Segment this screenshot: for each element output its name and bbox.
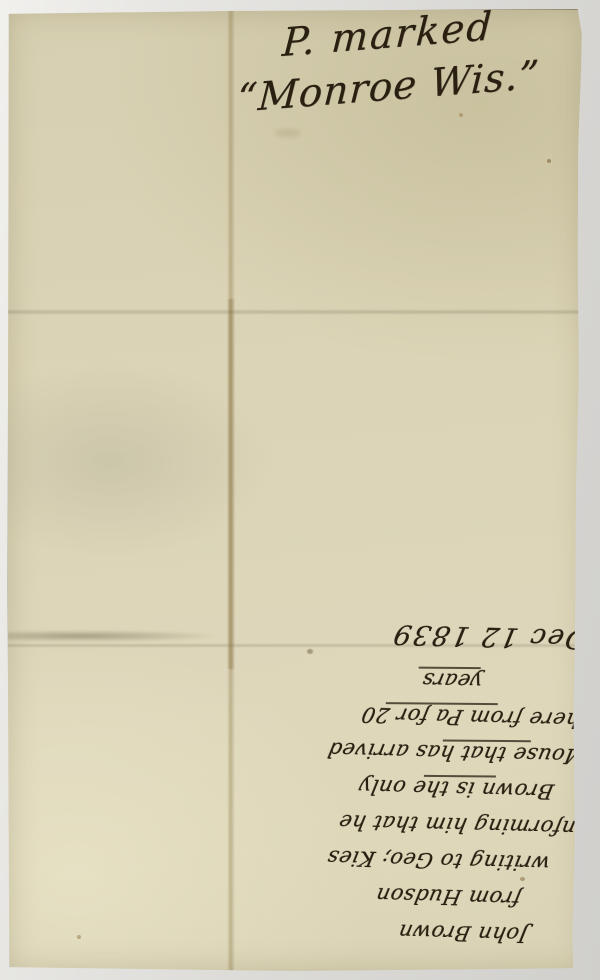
letter-paper: P. marked “Monroe Wis.” John Brown from … — [7, 9, 584, 972]
docket-line-origin: from Hudson — [233, 873, 524, 916]
scanned-letter-photo: { "document": { "postmark_annotation": {… — [0, 0, 600, 980]
vertical-fold-crease-dark-segment — [227, 299, 235, 669]
docket-line: years — [239, 658, 486, 700]
postmark-annotation: P. marked “Monroe Wis.” — [236, 0, 581, 126]
docket-note-rotated: John Brown from Hudson writing to Geo; K… — [235, 589, 596, 954]
docket-line-sender: John Brown — [232, 909, 531, 952]
paper-stain — [547, 159, 551, 163]
horizontal-fold-smudge-lower — [7, 629, 235, 643]
paper-stain — [77, 935, 81, 939]
docket-line-date: Dec 12 1839 — [240, 612, 591, 657]
paper-stain — [275, 129, 301, 137]
horizontal-fold-crease-upper — [7, 309, 580, 315]
paper-stain — [459, 113, 463, 117]
